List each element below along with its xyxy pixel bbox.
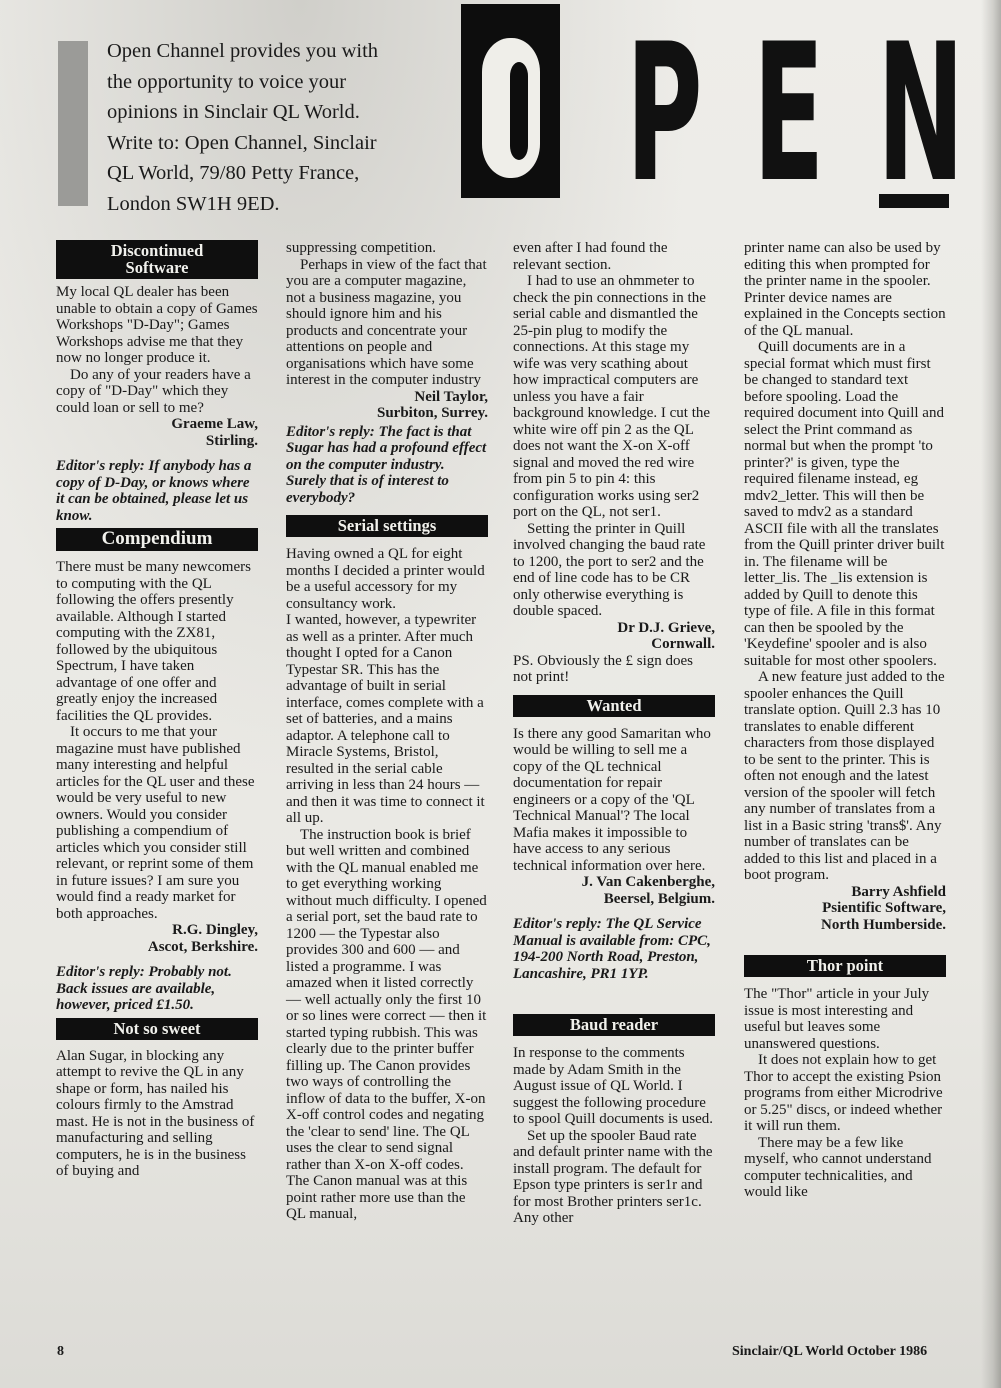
section-heading-not-so-sweet: Not so sweet	[56, 1018, 258, 1040]
column-3: even after I had found the relevant sect…	[513, 240, 715, 1227]
title-letter-e: E	[753, 44, 824, 184]
signature-name: J. Van Cakenberghe,	[513, 874, 715, 891]
letter-paragraph: even after I had found the relevant sect…	[513, 240, 715, 273]
letter-paragraph: It occurs to me that your magazine must …	[56, 724, 258, 922]
title-letter-p: P	[626, 44, 703, 184]
signature-org: Psientific Software,	[744, 900, 946, 917]
intro-line: Write to: Open Channel, Sinclair	[107, 128, 447, 159]
signature-place: Beersel, Belgium.	[513, 891, 715, 908]
letter-paragraph: The instruction book is brief but well w…	[286, 827, 488, 1223]
section-heading-compendium: Compendium	[56, 528, 258, 551]
letter-paragraph: suppressing competition.	[286, 240, 488, 257]
letter-paragraph: Perhaps in view of the fact that you are…	[286, 257, 488, 389]
letter-paragraph: Quill documents are in a special format …	[744, 339, 946, 669]
editor-reply: Editor's reply: Probably not. Back issue…	[56, 964, 258, 1014]
signature-name: Barry Ashfield	[744, 884, 946, 901]
letter-paragraph: Having owned a QL for eight months I dec…	[286, 546, 488, 612]
signature-name: R.G. Dingley,	[56, 922, 258, 939]
letter-paragraph: Alan Sugar, in blocking any attempt to r…	[56, 1048, 258, 1180]
intro-line: opinions in Sinclair QL World.	[107, 97, 447, 128]
section-heading-serial-settings: Serial settings	[286, 515, 488, 537]
letter-paragraph: I wanted, however, a typewriter as well …	[286, 612, 488, 827]
intro-line: the opportunity to voice your	[107, 67, 447, 98]
title-letter-n: N	[877, 44, 964, 184]
signature-name: Graeme Law,	[56, 416, 258, 433]
letter-paragraph: There may be a few like myself, who cann…	[744, 1135, 946, 1201]
letter-paragraph: Do any of your readers have a copy of "D…	[56, 367, 258, 417]
signature-place: North Humberside.	[744, 917, 946, 934]
letter-paragraph: My local QL dealer has been unable to ob…	[56, 284, 258, 367]
letter-paragraph: The "Thor" article in your July issue is…	[744, 986, 946, 1052]
letter-paragraph: Set up the spooler Baud rate and default…	[513, 1128, 715, 1227]
intro-line: Open Channel provides you with	[107, 36, 447, 67]
signature-name: Neil Taylor,	[286, 389, 488, 406]
open-title: P E N	[461, 4, 981, 208]
signature-place: Ascot, Berkshire.	[56, 939, 258, 956]
letter-paragraph: printer name can also be used by editing…	[744, 240, 946, 339]
signature-place: Surbiton, Surrey.	[286, 405, 488, 422]
editor-reply: Editor's reply: The fact is that Sugar h…	[286, 424, 488, 507]
title-letter-o	[461, 4, 560, 198]
intro-text: Open Channel provides you with the oppor…	[107, 36, 447, 219]
intro-accent-bar	[58, 41, 88, 206]
letter-paragraph: Is there any good Samaritan who would be…	[513, 726, 715, 875]
postscript: PS. Obviously the £ sign does not print!	[513, 653, 715, 686]
issue-credit: Sinclair/QL World October 1986	[732, 1344, 927, 1360]
letter-paragraph: A new feature just added to the spooler …	[744, 669, 946, 884]
letter-paragraph: There must be many newcomers to computin…	[56, 559, 258, 724]
column-4: printer name can also be used by editing…	[744, 240, 946, 1201]
section-heading-baud-reader: Baud reader	[513, 1014, 715, 1036]
signature-place: Cornwall.	[513, 636, 715, 653]
signature-name: Dr D.J. Grieve,	[513, 620, 715, 637]
title-underline	[879, 194, 949, 208]
section-heading-thor-point: Thor point	[744, 955, 946, 977]
intro-line: London SW1H 9ED.	[107, 189, 447, 220]
column-2: suppressing competition. Perhaps in view…	[286, 240, 488, 1223]
editor-reply: Editor's reply: The QL Service Manual is…	[513, 916, 715, 982]
intro-line: QL World, 79/80 Petty France,	[107, 158, 447, 189]
letter-paragraph: I had to use an ohmmeter to check the pi…	[513, 273, 715, 521]
editor-reply: Editor's reply: If anybody has a copy of…	[56, 458, 258, 524]
page-number: 8	[57, 1344, 64, 1360]
column-1: Discontinued Software My local QL dealer…	[56, 240, 258, 1180]
page-edge-shadow	[981, 0, 1001, 1388]
letter-paragraph: Setting the printer in Quill involved ch…	[513, 521, 715, 620]
signature-place: Stirling.	[56, 433, 258, 450]
section-heading-discontinued-software: Discontinued Software	[56, 240, 258, 279]
letter-paragraph: In response to the comments made by Adam…	[513, 1045, 715, 1128]
letter-paragraph: It does not explain how to get Thor to a…	[744, 1052, 946, 1135]
section-heading-wanted: Wanted	[513, 695, 715, 717]
